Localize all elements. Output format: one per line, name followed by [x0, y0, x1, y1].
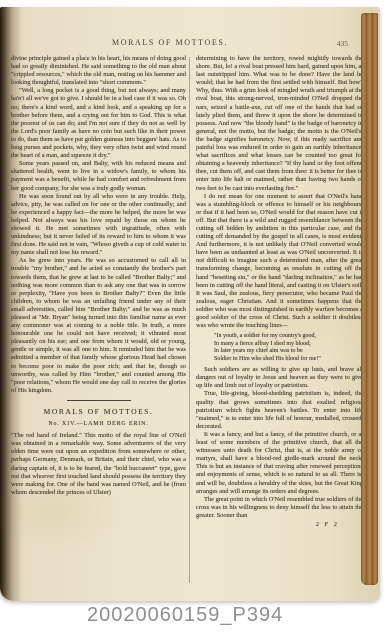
column-divider	[189, 57, 190, 583]
page-number: 435	[337, 39, 348, 48]
paragraph-left-1: divine principle gained a place in his h…	[11, 55, 186, 87]
paragraph-right-4: True, life-giving, blood-shedding patrio…	[196, 390, 363, 430]
verse-line: In later years my chief aim was to be	[214, 348, 363, 356]
running-head: MORALS OF MOTTOES.	[0, 38, 340, 47]
verse-line: "In youth, a soldier for my country's go…	[214, 333, 363, 341]
paragraph-left-2: "Well, a long pocket is a good thing, bu…	[11, 87, 186, 160]
signature-mark: 2 F 2	[196, 521, 363, 529]
page-header: MORALS OF MOTTOES. 435	[0, 38, 380, 50]
paragraph-right-2: I do not mean for one moment to assert t…	[196, 193, 363, 331]
scanned-page-photo: MORALS OF MOTTOES. 435 divine principle …	[0, 0, 386, 640]
paragraph-left-6: "The red hand of Ireland." This motto of…	[11, 432, 186, 497]
paragraph-left-4: He was soon found out by all who were in…	[11, 193, 186, 258]
verse-quotation: "In youth, a soldier for my country's go…	[214, 333, 363, 363]
section-divider-rule	[67, 400, 131, 401]
section-heading: MORALS OF MOTTOES.	[11, 408, 186, 416]
right-column: determining to have the territory, rowed…	[196, 55, 363, 589]
paragraph-right-1: determining to have the territory, rowed…	[196, 55, 363, 193]
paragraph-right-6: The great point in which O'Neil resemble…	[196, 496, 363, 520]
section-subheading: No. XIV.—LAMH DERG ERIN.	[11, 420, 186, 428]
left-column: divine principle gained a place in his h…	[11, 55, 186, 589]
image-id-label: 20020060159_P394	[87, 604, 283, 627]
paragraph-right-3: Such soldiers are as willing to give up …	[196, 366, 363, 390]
paragraph-right-5: It was a fancy, and but a fancy, of the …	[196, 431, 363, 496]
book-fore-edge	[361, 13, 378, 585]
paragraph-left-5: As he grew into years. He was so accusto…	[11, 257, 186, 395]
paragraph-left-3: Some years passed on, and Balty, with hi…	[11, 160, 186, 192]
verse-line: Soldier to Him who shed His blood for me…	[214, 356, 363, 364]
section-block: MORALS OF MOTTOES. No. XIV.—LAMH DERG ER…	[11, 400, 186, 428]
